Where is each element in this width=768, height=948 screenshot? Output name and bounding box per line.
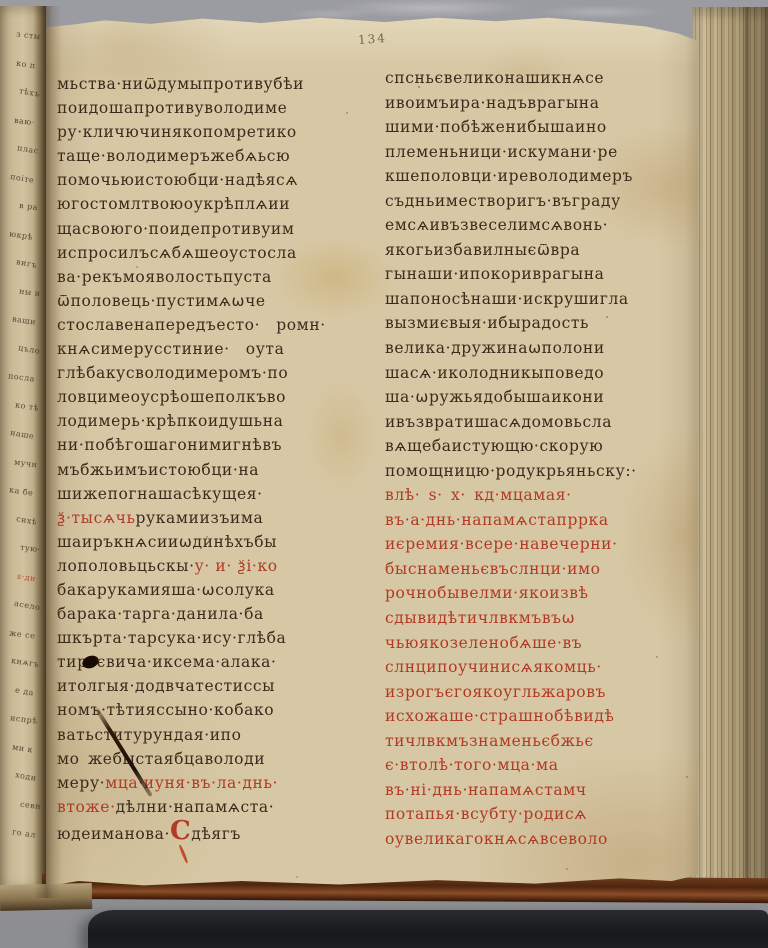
- facing-page-text-fragment: ваши: [11, 315, 36, 326]
- manuscript-text-line: мьства·ниѿдумыпротивубѣи: [57, 72, 363, 96]
- ink-text: рукамиизъима: [136, 509, 264, 527]
- manuscript-text-line: бакарукамияша·ѡсолука: [57, 578, 363, 602]
- ink-text: шасѧ·иколодникыповедо: [385, 364, 604, 382]
- ink-text: шими·побѣженибышаино: [385, 118, 607, 136]
- facing-page-text-fragment: же се: [8, 629, 35, 640]
- manuscript-text-line: є·втолѣ·того·мца·ма: [385, 753, 697, 778]
- ink-text: таще·володимеръжебѧьсю: [57, 147, 290, 165]
- ink-text: ивъзвратишасѧдомовьсла: [385, 413, 612, 431]
- rubric-text: є·втолѣ·того·мца·ма: [385, 756, 559, 774]
- manuscript-text-line: ва·рекъмояволостьпуста: [57, 265, 363, 289]
- manuscript-text-line: тичлвкмъзнаменьєбжьє: [385, 729, 697, 754]
- facing-page-text-fragment: кнѧгъ: [10, 657, 39, 669]
- ink-text: шапоносѣнаши·искрушигла: [385, 290, 629, 308]
- ink-text: вѧщебаистующю·скорую: [385, 437, 603, 455]
- manuscript-text-line: шкърта·тарсука·ису·глѣба: [57, 626, 363, 650]
- facing-page-text-fragment: го ал: [12, 828, 37, 839]
- facing-page-text-fragment: тую·: [20, 544, 41, 554]
- book-block-corner: [0, 883, 92, 911]
- manuscript-text-line: въ·ні·днь·напамѧстамч: [385, 778, 697, 803]
- ink-text: емсѧивъзвеселимсѧвонь·: [385, 216, 608, 234]
- manuscript-text-line: емсѧивъзвеселимсѧвонь·: [385, 213, 697, 238]
- manuscript-text-line: гынаши·ипокориврагына: [385, 262, 697, 287]
- fore-edge-page-stack: [692, 7, 768, 903]
- manuscript-text-line: таще·володимеръжебѧьсю: [57, 144, 363, 168]
- facing-page-text-fragment: ка бе: [8, 486, 33, 498]
- ink-text: мъбжьимъистоюбци·на: [57, 461, 259, 479]
- ink-text: помочьюистоюбци·надѣясѧ: [57, 171, 298, 189]
- ink-text: мьства·ниѿдумыпротивубѣи: [57, 75, 304, 93]
- manuscript-text-line: шапоносѣнаши·искрушигла: [385, 287, 697, 312]
- manuscript-text-line: ни·побѣгошагонимигнѣвъ: [57, 433, 363, 457]
- rubric-text: тичлвкмъзнаменьєбжьє: [385, 732, 594, 750]
- ink-text: югостомлтвоюоукрѣплѧии: [57, 195, 290, 213]
- folio-number: 134: [358, 31, 388, 47]
- ink-text: юдеиманова·: [57, 825, 170, 843]
- manuscript-text-line: тирьєвича·иксема·алака·: [57, 650, 363, 674]
- ink-text: дѣягъ: [191, 825, 241, 843]
- manuscript-text-line: исхожаше·страшнобѣвидѣ: [385, 704, 697, 729]
- rubric-text: влѣ· ѕ· х· кд·мцамая·: [385, 486, 572, 504]
- ink-text: номъ·тѣтияссыно·кобако: [57, 701, 274, 719]
- manuscript-text-line: мо жебыстаябцаволоди: [57, 747, 363, 771]
- ink-text: глѣбакусволодимеромъ·по: [57, 364, 288, 382]
- rubric-text: потапья·всубту·родисѧ: [385, 805, 587, 823]
- ink-text: кшеполовци·иреволодимеръ: [385, 167, 633, 185]
- ink-text: лополовьцьскы·: [57, 557, 195, 575]
- facing-page-text-fragment: поіте: [9, 172, 34, 184]
- manuscript-text-line: мъбжьимъистоюбци·на: [57, 458, 363, 482]
- ink-text: мо жебыстаябцаволоди: [57, 750, 265, 768]
- ink-text: съдньиместворигъ·въграду: [385, 192, 621, 210]
- facing-page-text-fragment: ко тѣ: [14, 401, 39, 412]
- facing-page-text-fragment: ко п: [16, 59, 37, 70]
- ink-text: ловцимеоусрѣошеполкъво: [57, 388, 286, 406]
- manuscript-text-line: ша·ѡружьядобышаикони: [385, 385, 697, 410]
- facing-page-text-fragment: ны и: [19, 287, 41, 298]
- facing-page-text-fragment: вигъ: [15, 258, 37, 270]
- rubric-text: сдывидѣтичлвкмъвъѡ: [385, 609, 575, 627]
- rubric-text: чьюякозеленобѧше·въ: [385, 634, 582, 652]
- manuscript-text-line: рочнобывелми·якоизвѣ: [385, 581, 697, 606]
- ink-text: ивоимъира·надъврагына: [385, 94, 600, 112]
- text-column-right: спсньєвеликонашикнѧсеивоимъира·надъврагы…: [385, 66, 697, 852]
- manuscript-text-line: съдньиместворигъ·въграду: [385, 189, 697, 214]
- rubric-text: ѯ·тысѧчь: [57, 509, 136, 527]
- manuscript-text-line: глѣбакусволодимеромъ·по: [57, 361, 363, 385]
- manuscript-text-line: въ·а·днь·напамѧстапррка: [385, 508, 697, 533]
- red-pen-trial-mark: [178, 844, 188, 864]
- manuscript-text-line: лодимерь·крѣпкоидушьна: [57, 409, 363, 433]
- manuscript-text-line: стославенапередъесто· ромн·: [57, 313, 363, 337]
- ink-text: щасвоюго·поидепротивуим: [57, 220, 295, 238]
- manuscript-text-line: шасѧ·иколодникыповедо: [385, 361, 697, 386]
- manuscript-text-line: вѧщебаистующю·скорую: [385, 434, 697, 459]
- manuscript-text-line: кнѧсимерусстиние· оута: [57, 337, 363, 361]
- ink-text: ру·кличючинякопомретико: [57, 123, 297, 141]
- parchment-specks: [46, 16, 48, 18]
- ink-text: лодимерь·крѣпкоидушьна: [57, 412, 284, 430]
- manuscript-text-line: ѿполовець·пустимѧѡче: [57, 289, 363, 313]
- manuscript-text-line: быснаменьєвъслнци·имо: [385, 557, 697, 582]
- book-cradle-shadow: [88, 910, 768, 948]
- manuscript-text-line: ловцимеоусрѣошеполкъво: [57, 385, 363, 409]
- ink-text: якогьизбавилныєѿвра: [385, 241, 580, 259]
- manuscript-text-line: юдеиманова·Сдѣягъ: [57, 819, 363, 843]
- photograph-of-open-codex: з стыко птѣхъваю·пласпоітев раюкрѣвигъны…: [0, 0, 768, 948]
- ink-text: ни·побѣгошагонимигнѣвъ: [57, 436, 282, 454]
- ink-text: шкърта·тарсука·ису·глѣба: [57, 629, 286, 647]
- ink-text: меру·: [57, 774, 105, 792]
- manuscript-text-line: помочьюистоюбци·надѣясѧ: [57, 168, 363, 192]
- ink-text: ѿполовець·пустимѧѡче: [57, 292, 266, 310]
- rubric-text: оувеликагокнѧсѧвсеволо: [385, 830, 608, 848]
- ink-text: шаиръкнѧсииѡдинѣхъбы: [57, 533, 277, 551]
- facing-page-text-fragment: мучн: [14, 458, 38, 469]
- facing-page-text-fragment: юкрѣ: [9, 230, 34, 241]
- manuscript-text-line: иєремия·всере·навечерни·: [385, 532, 697, 557]
- ink-text: бакарукамияша·ѡсолука: [57, 581, 275, 599]
- rubric-text: изрогъєгоякоугльжаровъ: [385, 683, 606, 701]
- manuscript-text-line: якогьизбавилныєѿвра: [385, 238, 697, 263]
- manuscript-text-line: сдывидѣтичлвкмъвъѡ: [385, 606, 697, 631]
- manuscript-text-line: оувеликагокнѧсѧвсеволо: [385, 827, 697, 852]
- manuscript-text-line: меру·мца·иуня·въ·ла·днь·: [57, 771, 363, 795]
- facing-page-text-fragment: асело: [13, 600, 40, 612]
- manuscript-text-line: югостомлтвоюоукрѣплѧии: [57, 192, 363, 216]
- ink-text: поидошапротивуволодиме: [57, 99, 287, 117]
- ink-text: гынаши·ипокориврагына: [385, 265, 604, 283]
- rubric-text: исхожаше·страшнобѣвидѣ: [385, 707, 614, 725]
- ink-text: итолгыя·додвчатестиссы: [57, 677, 275, 695]
- manuscript-text-line: чьюякозеленобѧше·въ: [385, 631, 697, 656]
- rubric-text: въ·а·днь·напамѧстапррка: [385, 511, 609, 529]
- manuscript-page: 134 мьства·ниѿдумыпротивубѣипоидошапроти…: [46, 16, 698, 888]
- manuscript-text-line: испросилъсѧбѧшеоустосла: [57, 241, 363, 265]
- manuscript-text-line: шаиръкнѧсииѡдинѣхъбы: [57, 530, 363, 554]
- manuscript-text-line: слнципоучинисѧякомць·: [385, 655, 697, 680]
- manuscript-text-line: велика·дружинаѡполони: [385, 336, 697, 361]
- manuscript-text-line: барака·тарга·данила·ба: [57, 602, 363, 626]
- facing-page-gutter-strip: з стыко птѣхъваю·пласпоітев раюкрѣвигъны…: [0, 6, 46, 898]
- ink-text: ша·ѡружьядобышаикони: [385, 388, 604, 406]
- facing-page-text-fragment: ѕ·дн: [17, 572, 37, 583]
- rubric-text: въ·ні·днь·напамѧстамч: [385, 781, 587, 799]
- ink-text: шижепогнашасѣкущея·: [57, 485, 263, 503]
- manuscript-text-line: шими·побѣженибышаино: [385, 115, 697, 140]
- facing-page-text-fragment: цъло: [17, 344, 40, 356]
- facing-page-text-fragment: е да: [14, 686, 34, 697]
- manuscript-text-line: влѣ· ѕ· х· кд·мцамая·: [385, 483, 697, 508]
- manuscript-text-line: помощницю·родукрьяньску:·: [385, 459, 697, 484]
- manuscript-text-line: племеньници·искумани·ре: [385, 140, 697, 165]
- facing-page-text-fragment: ваю·: [14, 116, 36, 126]
- ink-text: стославенапередъесто· ромн·: [57, 316, 326, 334]
- rubric-text: рочнобывелми·якоизвѣ: [385, 584, 589, 602]
- fore-edge-groove: [744, 7, 751, 903]
- manuscript-text-line: спсньєвеликонашикнѧсе: [385, 66, 697, 91]
- manuscript-text-line: изрогъєгоякоугльжаровъ: [385, 680, 697, 705]
- ink-text: барака·тарга·данила·ба: [57, 605, 264, 623]
- facing-page-text-fragment: сихѣ: [15, 515, 37, 527]
- facing-page-text-fragment: з сты: [16, 31, 41, 42]
- ink-text: ватьститурундая·ипо: [57, 726, 242, 744]
- facing-page-text-fragment: севн: [20, 800, 42, 811]
- ink-text: дѣлни·напамѧста·: [116, 798, 275, 816]
- rubric-text: у· и· ѯі·ко: [195, 557, 278, 575]
- rubric-text: мца·иуня·въ·ла·днь·: [105, 774, 278, 792]
- rubric-text: быснаменьєвъслнци·имо: [385, 560, 601, 578]
- ink-text: племеньници·искумани·ре: [385, 143, 618, 161]
- ink-text: спсньєвеликонашикнѧсе: [385, 69, 604, 87]
- facing-page-text-fragment: плас: [17, 144, 40, 155]
- facing-page-text-fragment: посла: [8, 372, 36, 383]
- ink-text: велика·дружинаѡполони: [385, 339, 605, 357]
- rubric-text: слнципоучинисѧякомць·: [385, 658, 602, 676]
- facing-page-text-fragment: тѣхъ: [19, 87, 41, 99]
- manuscript-text-line: ватьститурундая·ипо: [57, 723, 363, 747]
- rubric-text: втоже·: [57, 798, 116, 816]
- manuscript-text-line: лополовьцьскы·у· и· ѯі·ко: [57, 554, 363, 578]
- ink-text: вызмиєвыя·ибырадость: [385, 314, 589, 332]
- ink-text: испросилъсѧбѧшеоустосла: [57, 244, 297, 262]
- manuscript-text-line: ру·кличючинякопомретико: [57, 120, 363, 144]
- facing-page-text-fragment: ходи: [15, 771, 38, 783]
- rubric-text: иєремия·всере·навечерни·: [385, 535, 618, 553]
- rubric-text: С: [170, 816, 191, 846]
- manuscript-text-line: ѯ·тысѧчьрукамиизъима: [57, 506, 363, 530]
- manuscript-text-line: итолгыя·додвчатестиссы: [57, 674, 363, 698]
- manuscript-text-line: поидошапротивуволодиме: [57, 96, 363, 120]
- manuscript-text-line: втоже·дѣлни·напамѧста·: [57, 795, 363, 819]
- facing-page-text-fragment: наше: [9, 429, 34, 441]
- manuscript-text-line: шижепогнашасѣкущея·: [57, 482, 363, 506]
- text-column-left: мьства·ниѿдумыпротивубѣипоидошапротивуво…: [57, 72, 363, 843]
- facing-page-text-fragment: в ра: [19, 202, 39, 212]
- ink-text: ва·рекъмояволостьпуста: [57, 268, 272, 286]
- manuscript-text-line: щасвоюго·поидепротивуим: [57, 217, 363, 241]
- ink-text: помощницю·родукрьяньску:·: [385, 462, 637, 480]
- manuscript-text-line: кшеполовци·иреволодимеръ: [385, 164, 697, 189]
- facing-page-text-fragment: испрѣ: [10, 714, 38, 725]
- manuscript-text-line: ивоимъира·надъврагына: [385, 91, 697, 116]
- manuscript-text-line: потапья·всубту·родисѧ: [385, 802, 697, 827]
- ink-text: кнѧсимерусстиние· оута: [57, 340, 284, 358]
- manuscript-text-line: вызмиєвыя·ибырадость: [385, 311, 697, 336]
- manuscript-text-line: ивъзвратишасѧдомовьсла: [385, 410, 697, 435]
- facing-page-text-fragment: ми к: [11, 743, 33, 754]
